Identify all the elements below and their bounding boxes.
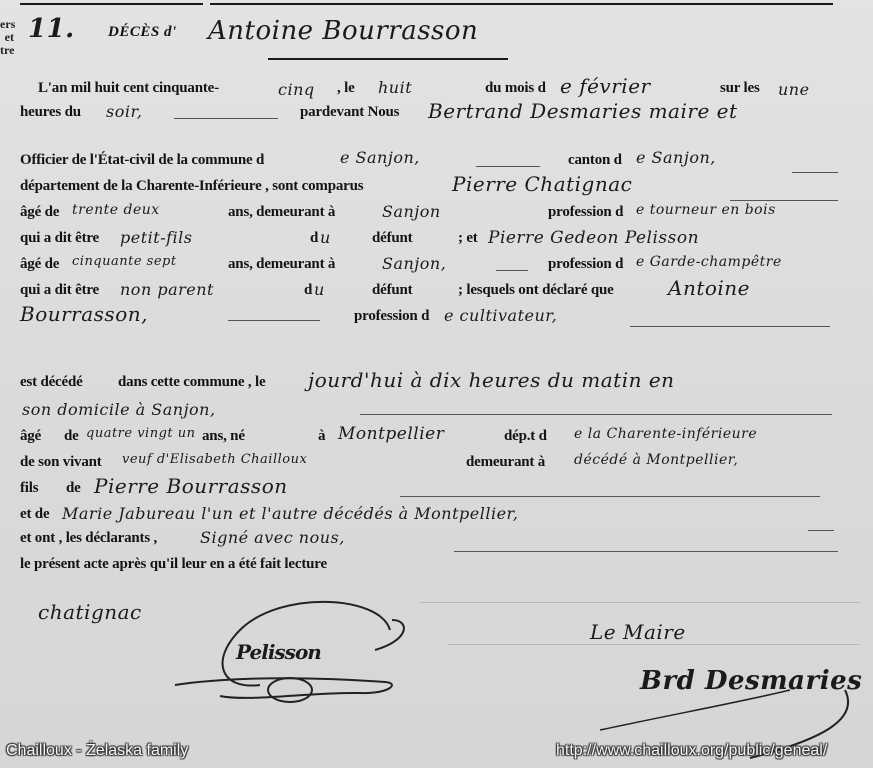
l15-mother: Marie Jabureau l'un et l'autre décédés à… — [62, 504, 519, 523]
l9-blank-2 — [630, 326, 830, 327]
l16-text-a: et ont , les déclarants , — [20, 530, 157, 547]
l6-text-a: qui a dit être — [20, 230, 99, 247]
l6-text-c: défunt — [372, 230, 412, 247]
signature-witness1: chatignac — [38, 600, 142, 624]
l15-blank — [808, 530, 834, 531]
l9-blank-1 — [228, 320, 320, 321]
l12-dept: e la Charente-inférieure — [574, 426, 757, 442]
l6-text-d: ; et — [458, 230, 478, 247]
l12-birthplace: Montpellier — [338, 424, 444, 444]
l4-blank — [730, 200, 838, 201]
l7-age2: cinquante sept — [72, 254, 177, 269]
l9-profession: e cultivateur, — [444, 306, 557, 325]
l7-profession2: e Garde-champêtre — [636, 254, 782, 270]
l13-status: veuf d'Elisabeth Chailloux — [122, 452, 307, 467]
l7-text-c: profession d — [548, 256, 623, 273]
deceased-name-header: Antoine Bourrasson — [208, 16, 478, 46]
l8-text-c: défunt — [372, 282, 412, 299]
l3-canton: e Sanjon, — [636, 148, 716, 167]
l16-signed: Signé avec nous, — [200, 528, 345, 547]
top-rule-left — [20, 3, 203, 5]
l14-father: Pierre Bourrasson — [94, 474, 288, 498]
l7-residence2: Sanjon, — [382, 254, 446, 273]
l2-officer: Bertrand Desmaries maire et — [428, 99, 738, 123]
l1-year: cinq — [278, 80, 315, 99]
l5-profession1: e tourneur en bois — [636, 202, 776, 218]
l13-text-a: de son vivant — [20, 454, 102, 471]
l12-text-e: dép.t d — [504, 428, 547, 445]
l12-text-b: de — [64, 428, 79, 445]
signature-witness2: Pelisson — [236, 640, 321, 664]
l13-parents-residence: décédé à Montpellier, — [574, 452, 738, 468]
l12-text-d: à — [318, 428, 325, 445]
l2-time: soir, — [106, 102, 142, 121]
l11-where: son domicile à Sanjon, — [22, 400, 216, 419]
l14-blank — [400, 496, 820, 497]
l5-text-c: profession d — [548, 204, 623, 221]
margin-fragment-3: tre — [0, 44, 14, 57]
faint-line — [448, 644, 860, 645]
margin-fragment: ers et tre — [0, 18, 14, 57]
faint-line — [420, 602, 860, 603]
l14-text-a: fils — [20, 480, 38, 497]
l8-text-d: ; lesquels ont déclaré que — [458, 282, 614, 299]
l12-text-c: ans, né — [202, 428, 245, 445]
l10-text-a: est décédé — [20, 374, 83, 391]
l1-month: e février — [560, 74, 651, 98]
l3-text-a: Officier de l'État-civil de la commune d — [20, 152, 264, 169]
l11-blank — [360, 414, 832, 415]
l5-age1: trente deux — [72, 202, 160, 218]
l13-text-b: demeurant à — [466, 454, 545, 471]
l7-blank — [496, 270, 528, 271]
l9-name-last: Bourrasson, — [20, 302, 148, 326]
l4-text-a: département de la Charente-Inférieure , … — [20, 178, 363, 195]
l4-witness1: Pierre Chatignac — [452, 172, 632, 196]
l7-text-b: ans, demeurant à — [228, 256, 335, 273]
watermark-family: Chailloux - Żelaska family — [6, 742, 188, 760]
l1-text-b: , le — [337, 80, 355, 97]
l7-text-a: âgé de — [20, 256, 59, 273]
l10-when: jourd'hui à dix heures du matin en — [308, 368, 675, 392]
record-title: DÉCÈS d' — [108, 24, 177, 41]
l14-text-b: de — [66, 480, 81, 497]
l8-text-b: d — [304, 282, 312, 299]
l3-commune: e Sanjon, — [340, 148, 420, 167]
l1-text-d: sur les — [720, 80, 760, 97]
l1-hour: une — [778, 80, 810, 99]
l2-text-a: heures du — [20, 104, 81, 121]
l12-text-a: âgé — [20, 428, 41, 445]
top-rule-right — [210, 3, 833, 5]
l1-text-a: L'an mil huit cent cinquante- — [38, 80, 219, 97]
l5-residence1: Sanjon — [382, 202, 441, 221]
l2-text-b: pardevant Nous — [300, 104, 399, 121]
l12-age: quatre vingt un — [86, 426, 196, 441]
l6-hand-b: u — [320, 228, 331, 247]
l3-blank-2 — [792, 172, 838, 173]
l8-name-first: Antoine — [668, 276, 750, 300]
l10-text-b: dans cette commune , le — [118, 374, 265, 391]
civil-death-record-scan: ers et tre 11. DÉCÈS d' Antoine Bourrass… — [0, 0, 873, 768]
l1-text-c: du mois d — [485, 80, 546, 97]
l3-blank-1 — [476, 166, 540, 167]
signature-mayor-title: Le Maire — [590, 620, 686, 644]
l6-relation1: petit-fils — [120, 228, 192, 247]
l17-text-a: le présent acte après qu'il leur en a ét… — [20, 556, 327, 573]
l6-witness2: Pierre Gedeon Pelisson — [488, 228, 699, 248]
l5-text-b: ans, demeurant à — [228, 204, 335, 221]
header-underline — [268, 58, 508, 60]
watermark-url[interactable]: http://www.chailloux.org/public/geneal/ — [556, 742, 827, 760]
l2-blank — [174, 118, 278, 119]
l3-text-b: canton d — [568, 152, 622, 169]
l15-text-a: et de — [20, 506, 49, 523]
l8-hand-b: u — [314, 280, 325, 299]
l1-day: huit — [378, 78, 412, 97]
l6-text-b: d — [310, 230, 318, 247]
l16-blank — [454, 551, 838, 552]
l5-text-a: âgé de — [20, 204, 59, 221]
l9-text-a: profession d — [354, 308, 429, 325]
l8-text-a: qui a dit être — [20, 282, 99, 299]
l8-relation2: non parent — [120, 280, 214, 299]
record-number: 11. — [28, 14, 75, 44]
